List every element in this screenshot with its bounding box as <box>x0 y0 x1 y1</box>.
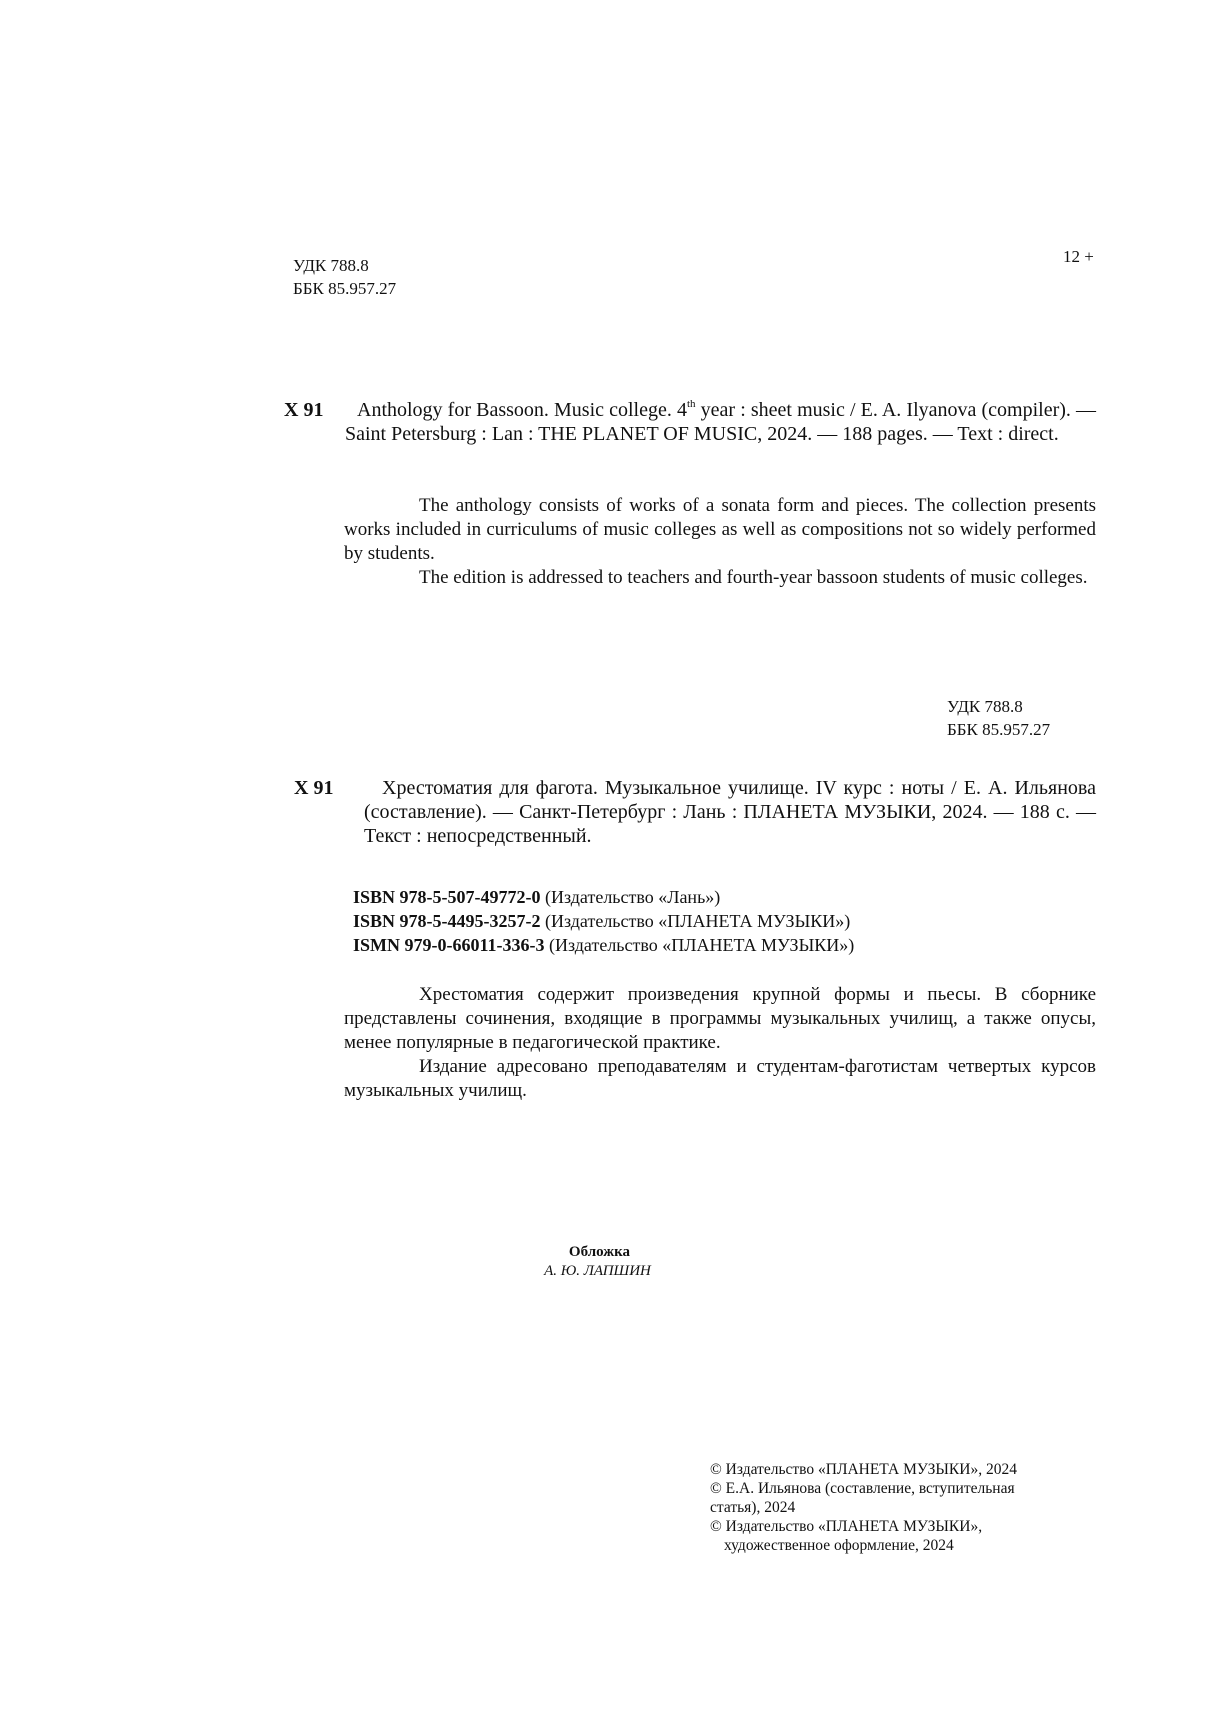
russian-bibliographic-entry: X 91 Хрестоматия для фагота. Музыкальное… <box>294 776 1096 848</box>
english-citation: Anthology for Bassoon. Music college. 4t… <box>345 398 1096 446</box>
identifier-row: ISBN 978-5-507-49772-0 (Издательство «Ла… <box>353 885 854 909</box>
cover-credit: Обложка А. Ю. ЛАПШИН <box>0 1243 1211 1281</box>
udk-code: УДК 788.8 <box>293 254 396 277</box>
publisher-name: (Издательство «ПЛАНЕТА МУЗЫКИ») <box>545 935 855 955</box>
ordinal-suffix: th <box>687 398 696 410</box>
russian-citation: Хрестоматия для фагота. Музыкальное учил… <box>364 776 1096 848</box>
publisher-name: (Издательство «ПЛАНЕТА МУЗЫКИ») <box>541 911 851 931</box>
copyright-line: художественное оформление, 2024 <box>710 1536 1017 1555</box>
abstract-paragraph: Издание адресовано преподавателям и студ… <box>344 1055 1096 1103</box>
bbk-code: ББК 85.957.27 <box>947 718 1050 741</box>
english-abstract: The anthology consists of works of a son… <box>344 494 1096 590</box>
isbn-number: ISBN 978-5-507-49772-0 <box>353 887 541 907</box>
classification-codes-top: УДК 788.8 ББК 85.957.27 <box>293 254 396 300</box>
cover-artist: А. Ю. ЛАПШИН <box>0 1262 1211 1281</box>
copyright-line: статья), 2024 <box>710 1498 1017 1517</box>
bbk-code: ББК 85.957.27 <box>293 277 396 300</box>
abstract-paragraph: The edition is addressed to teachers and… <box>344 566 1096 590</box>
identifier-row: ISMN 979-0-66011-336-3 (Издательство «ПЛ… <box>353 933 854 957</box>
udk-code: УДК 788.8 <box>947 695 1050 718</box>
author-mark: X 91 <box>284 398 323 422</box>
author-mark: X 91 <box>294 776 333 800</box>
publisher-name: (Издательство «Лань») <box>541 887 721 907</box>
russian-abstract: Хрестоматия содержит произведения крупно… <box>344 983 1096 1103</box>
classification-codes-middle: УДК 788.8 ББК 85.957.27 <box>947 695 1050 741</box>
abstract-paragraph: The anthology consists of works of a son… <box>344 494 1096 566</box>
identifiers-list: ISBN 978-5-507-49772-0 (Издательство «Ла… <box>353 885 854 957</box>
age-rating: 12 + <box>1063 247 1094 267</box>
copyright-line: © Издательство «ПЛАНЕТА МУЗЫКИ», <box>710 1517 1017 1536</box>
copyright-line: © Издательство «ПЛАНЕТА МУЗЫКИ», 2024 <box>710 1460 1017 1479</box>
ismn-number: ISMN 979-0-66011-336-3 <box>353 935 545 955</box>
isbn-number: ISBN 978-5-4495-3257-2 <box>353 911 541 931</box>
copyright-block: © Издательство «ПЛАНЕТА МУЗЫКИ», 2024 © … <box>710 1460 1017 1555</box>
identifier-row: ISBN 978-5-4495-3257-2 (Издательство «ПЛ… <box>353 909 854 933</box>
copyright-line: © Е.А. Ильянова (составление, вступитель… <box>710 1479 1017 1498</box>
citation-title: Anthology for Bassoon. Music college. 4 <box>357 399 687 421</box>
cover-label: Обложка <box>0 1243 1211 1262</box>
english-bibliographic-entry: X 91 Anthology for Bassoon. Music colleg… <box>284 398 1096 446</box>
abstract-paragraph: Хрестоматия содержит произведения крупно… <box>344 983 1096 1055</box>
